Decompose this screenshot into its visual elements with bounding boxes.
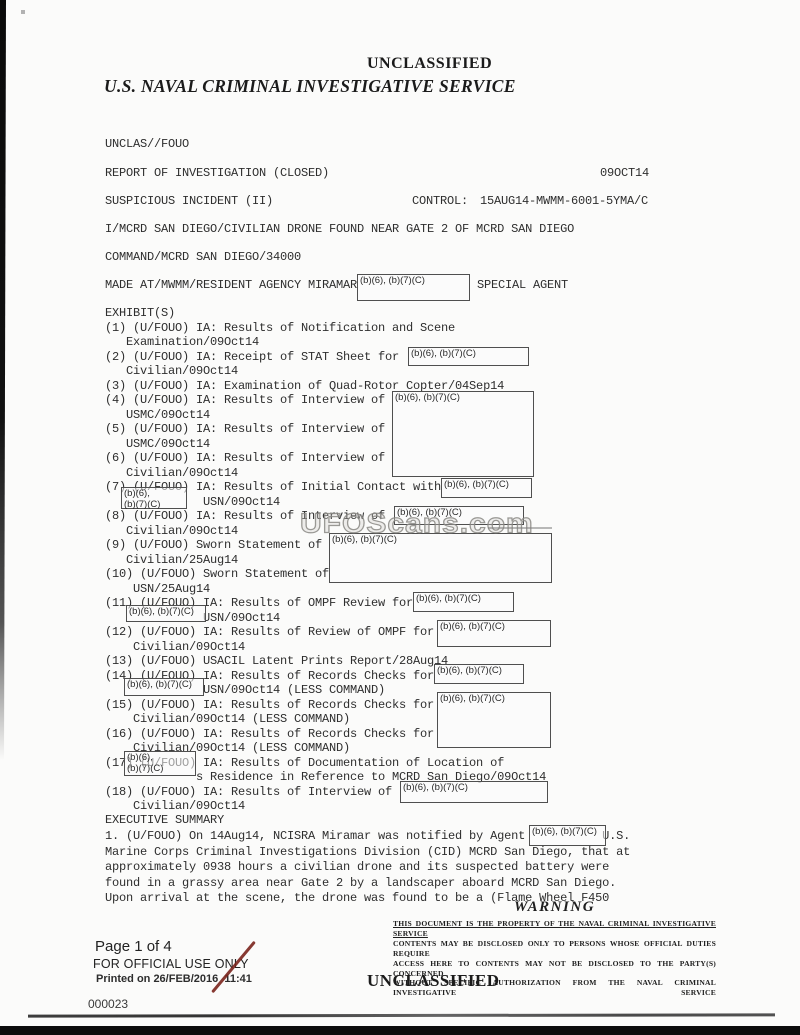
classification-header: UNCLASSIFIED <box>367 55 492 73</box>
redaction-label: (b)(6), (b)(7)(C) <box>411 348 476 359</box>
redaction-box: (b)(6), (b)(7)(C) <box>126 605 206 622</box>
watermark: UFOScans.com <box>300 508 534 539</box>
redaction-box: (b)(6), (b)(7)(C) <box>357 274 470 301</box>
scan-line-artifact <box>28 1013 775 1017</box>
exhibit-line: Civilian/09Oct14 <box>105 364 546 379</box>
summary-line: Marine Corps Criminal Investigations Div… <box>105 845 630 861</box>
redaction-box: (b)(6), (b)(7)(C) <box>437 620 551 647</box>
redaction-label: (b)(6), (b)(7)(C) <box>440 621 505 632</box>
control-number: 15AUG14-MWMM-6001-5YMA/C <box>480 194 648 208</box>
redaction-label: (b)(6), (b)(7)(C) <box>440 693 505 704</box>
exhibit-line: (1) (U/FOUO) IA: Results of Notification… <box>105 321 546 336</box>
exhibits-heading: EXHIBIT(S) <box>105 306 546 321</box>
warning-line: CONTENTS MAY BE DISCLOSED ONLY TO PERSON… <box>393 939 716 959</box>
redaction-box: (b)(6), (b)(7)(C) <box>434 664 524 684</box>
redaction-box: (b)(6), (b)(7)(C) <box>400 781 548 803</box>
page-number: Page 1 of 4 <box>95 938 172 955</box>
report-marking: UNCLAS//FOUO <box>105 137 189 151</box>
report-title: REPORT OF INVESTIGATION (CLOSED) <box>105 166 329 180</box>
redaction-box: (b)(6), (b)(7)(C) <box>437 692 551 748</box>
redaction-box: (b)(6),(b)(7)(C) <box>124 751 196 776</box>
command-line: COMMAND/MCRD SAN DIEGO/34000 <box>105 250 301 264</box>
incident-category: SUSPICIOUS INCIDENT (II) <box>105 194 273 208</box>
redaction-label: (b)(6), <box>124 488 150 499</box>
warning-line: THIS DOCUMENT IS THE PROPERTY OF THE NAV… <box>393 919 716 939</box>
subject-line: I/MCRD SAN DIEGO/CIVILIAN DRONE FOUND NE… <box>105 222 574 236</box>
redaction-box: (b)(6), (b)(7)(C) <box>441 478 532 498</box>
report-title-row: REPORT OF INVESTIGATION (CLOSED) 09OCT14 <box>0 166 800 181</box>
redaction-label: (b)(6), (b)(7)(C) <box>129 606 194 617</box>
scan-speck <box>21 10 25 14</box>
summary-heading: EXECUTIVE SUMMARY <box>105 813 224 827</box>
redaction-label: (b)(6), (b)(7)(C) <box>395 392 460 403</box>
redaction-label: (b)(6), (b)(7)(C) <box>437 665 502 676</box>
redaction-box: (b)(6), (b)(7)(C) <box>124 678 204 696</box>
redaction-box: (b)(6), (b)(7)(C) <box>529 825 606 846</box>
agency-title: U.S. NAVAL CRIMINAL INVESTIGATIVE SERVIC… <box>104 76 516 97</box>
bottom-bar-artifact <box>0 1026 800 1035</box>
redaction-label: (b)(6), <box>127 752 153 763</box>
special-agent-label: SPECIAL AGENT <box>477 278 568 292</box>
scan-edge-artifact <box>0 0 6 760</box>
watermark-line-artifact <box>488 527 552 529</box>
redaction-label: (b)(6), (b)(7)(C) <box>403 782 468 793</box>
summary-line: approximately 0938 hours a civilian dron… <box>105 860 630 876</box>
redaction-label: (b)(6), (b)(7)(C) <box>532 826 597 837</box>
summary-line: Upon arrival at the scene, the drone was… <box>105 891 630 907</box>
redaction-label: (b)(6), (b)(7)(C) <box>360 275 425 286</box>
redaction-label: (b)(7)(C) <box>127 763 163 774</box>
redaction-label: (b)(6), (b)(7)(C) <box>127 679 192 690</box>
redaction-box: (b)(6),(b)(7)(C) <box>121 487 187 509</box>
redaction-label: (b)(6), (b)(7)(C) <box>444 479 509 490</box>
category-row: SUSPICIOUS INCIDENT (II) CONTROL: 15AUG1… <box>0 194 800 209</box>
bates-number: 000023 <box>88 997 128 1011</box>
redaction-label: (b)(7)(C) <box>124 499 160 510</box>
scanned-document-page: UNCLASSIFIED U.S. NAVAL CRIMINAL INVESTI… <box>0 0 800 1035</box>
made-at-line: MADE AT/MWMM/RESIDENT AGENCY MIRAMAR <box>105 278 357 292</box>
redaction-box: (b)(6), (b)(7)(C) <box>329 533 552 583</box>
control-label: CONTROL: <box>412 194 468 208</box>
redaction-box: (b)(6), (b)(7)(C) <box>408 347 529 366</box>
redaction-box: (b)(6), (b)(7)(C) <box>392 391 534 477</box>
report-date: 09OCT14 <box>600 166 649 180</box>
fouo-label: FOR OFFICIAL USE ONLY <box>93 957 249 971</box>
summary-line: found in a grassy area near Gate 2 by a … <box>105 876 630 892</box>
classification-footer: UNCLASSIFIED <box>367 971 500 991</box>
redaction-label: (b)(6), (b)(7)(C) <box>416 593 481 604</box>
redaction-box: (b)(6), (b)(7)(C) <box>413 592 514 612</box>
